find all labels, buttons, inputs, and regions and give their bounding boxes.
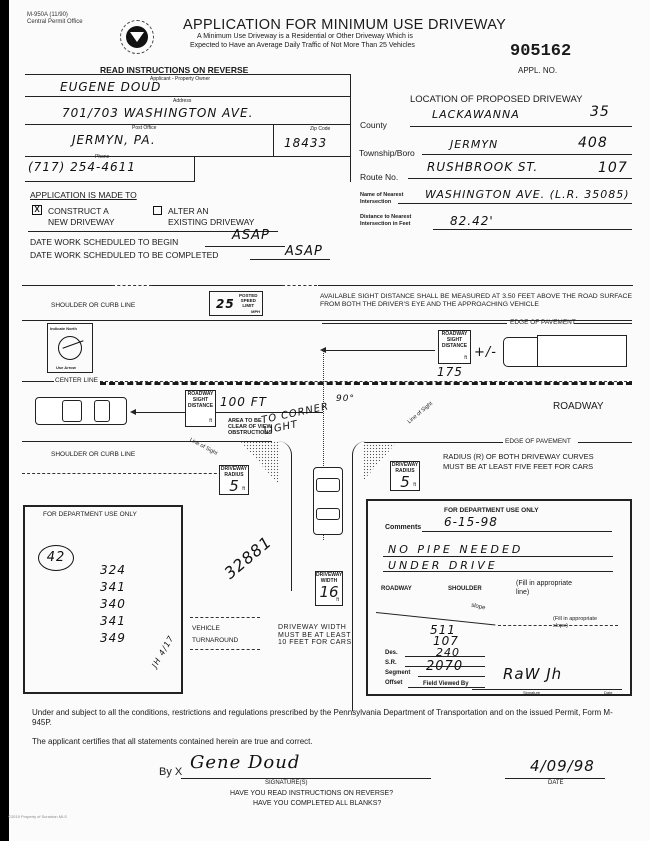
address-label: Address — [173, 98, 191, 104]
scan-edge — [0, 0, 9, 841]
complete-date-label: DATE WORK SCHEDULED TO BE COMPLETED — [30, 250, 218, 260]
sight-distance-plusminus: +/- — [474, 345, 497, 360]
page-title: APPLICATION FOR MINIMUM USE DRIVEWAY — [183, 17, 506, 33]
subtitle-line2: Expected to Have an Average Daily Traffi… — [190, 42, 415, 49]
address-value[interactable]: 701/703 WASHINGTON AVE. — [62, 106, 253, 120]
edge-pavement-top-label: EDGE OF PAVEMENT — [510, 319, 576, 326]
comments-label: Comments — [385, 524, 421, 531]
speed-limit-sign: 25 POSTEDSPEEDLIMIT MPH — [209, 291, 263, 316]
alter-existing-label: ALTER ANEXISTING DRIVEWAY — [168, 206, 254, 228]
field-signature: RaW Jh — [503, 665, 562, 683]
route-codes-labels: Des. S.R. Segment Offset — [385, 648, 410, 688]
segment-value[interactable]: 240 — [436, 646, 460, 659]
circled-number: 42 — [38, 545, 74, 571]
conditions-text: Under and subject to all the conditions,… — [32, 708, 622, 728]
driveway-radius-sign-right: DRIVEWAY RADIUS 5 ft — [390, 461, 420, 491]
complete-date-value[interactable]: ASAP — [285, 244, 323, 259]
signature-label: SIGNATURE(S) — [265, 780, 308, 786]
dept-left-heading: FOR DEPARTMENT USE ONLY — [43, 511, 137, 518]
application-number: 905162 — [510, 42, 571, 61]
by-x-label: By X — [159, 766, 182, 778]
question-instructions: HAVE YOU READ INSTRUCTIONS ON REVERSE? — [230, 790, 393, 797]
intersection-value[interactable]: WASHINGTON AVE. (L.R. 35085) — [425, 188, 630, 201]
speed-value: 25 — [216, 297, 235, 311]
field-viewed-label: Field Viewed By — [423, 681, 469, 687]
alter-existing-checkbox[interactable] — [153, 206, 162, 215]
fill-slope-hint: (Fill in appropriateslope) — [553, 616, 597, 630]
route-value[interactable]: RUSHBROOK ST. — [427, 160, 538, 174]
dept-use-left-box: FOR DEPARTMENT USE ONLY 42 324 341 340 3… — [23, 505, 183, 694]
date-label: DATE — [548, 780, 564, 786]
subtitle-line1: A Minimum Use Driveway is a Residential … — [197, 33, 413, 40]
dept-right-heading: FOR DEPARTMENT USE ONLY — [444, 507, 539, 514]
distance-label: Distance to NearestIntersection in Feet — [360, 214, 411, 228]
dept-use-right-box: FOR DEPARTMENT USE ONLY Comments 6-15-98… — [366, 499, 632, 696]
roadway-col-label: ROADWAY — [381, 586, 412, 592]
shoulder-col-label: SHOULDER — [448, 586, 482, 592]
post-office-label: Post Office — [132, 125, 156, 131]
roadway-sight-distance-sign-left: ROADWAY SIGHT DISTANCE ft — [185, 390, 216, 427]
form-number: M-950A (11/90) — [27, 12, 83, 19]
sight-distance-left-value[interactable]: 100 FT — [220, 395, 267, 409]
township-code[interactable]: 408 — [578, 135, 608, 151]
roadway-sight-distance-sign-right: ROADWAY SIGHT DISTANCE ft — [438, 330, 471, 364]
begin-date-label: DATE WORK SCHEDULED TO BEGIN — [30, 237, 178, 247]
construct-new-checkbox[interactable]: X — [32, 205, 42, 215]
route-label: Route No. — [360, 172, 398, 182]
shoulder-top-label: SHOULDER OR CURB LINE — [51, 302, 135, 309]
truck-icon — [503, 337, 539, 367]
comment-line1[interactable]: NO PIPE NEEDED — [388, 543, 523, 556]
fill-line-hint: (Fill in appropriateline) — [516, 579, 572, 597]
clear-area-label: AREA TO BE CLEAR OF VIEW OBSTRUCTIONS — [228, 418, 278, 436]
line-of-sight-right: Line of Sight — [407, 401, 434, 425]
roadway-label: ROADWAY — [553, 401, 604, 412]
applicant-signature[interactable]: Gene Doud — [190, 752, 300, 773]
number-list: 324 341 340 341 349 — [100, 562, 126, 647]
comments-date[interactable]: 6-15-98 — [444, 515, 498, 529]
construct-new-label: CONSTRUCT ANEW DRIVEWAY — [48, 206, 115, 228]
begin-date-value[interactable]: ASAP — [232, 228, 270, 243]
sight-distance-right-value[interactable]: 175 — [437, 365, 463, 379]
intersection-label: Name of NearestIntersection — [360, 192, 403, 206]
angle-90-label: 90° — [336, 394, 355, 404]
application-number-label: APPL. NO. — [518, 66, 557, 75]
handwritten-number: 32881 — [220, 532, 275, 582]
question-blanks: HAVE YOU COMPLETED ALL BLANKS? — [253, 800, 381, 807]
driveway-width-note: DRIVEWAY WIDTHMUST BE AT LEAST10 FEET FO… — [278, 624, 354, 647]
car-left-icon — [35, 397, 127, 425]
county-value[interactable]: LACKAWANNA — [432, 108, 520, 121]
signature-small-label: Signature — [523, 690, 540, 695]
certify-text: The applicant certifies that all stateme… — [32, 737, 313, 746]
zip-label: Zip Code — [310, 126, 330, 132]
car-driveway-icon — [313, 467, 343, 535]
sight-distance-note: AVAILABLE SIGHT DISTANCE SHALL BE MEASUR… — [320, 293, 632, 308]
form-info: M-950A (11/90) Central Permit Office — [27, 12, 83, 26]
slope-label: slope — [471, 603, 486, 612]
township-value[interactable]: JERMYN — [450, 138, 498, 151]
post-office-value[interactable]: JERMYN, PA. — [72, 133, 156, 147]
zip-value[interactable]: 18433 — [284, 136, 327, 150]
driveway-radius-sign-left: DRIVEWAY RADIUS 5 ft — [219, 465, 249, 495]
initials: JH 4/17 — [150, 634, 176, 670]
office-name: Central Permit Office — [27, 19, 83, 26]
north-indicator[interactable]: Indicate North Use Arrow — [47, 323, 93, 373]
penndot-keystone-logo — [120, 20, 154, 54]
route-code[interactable]: 107 — [598, 160, 628, 176]
signature-date-value[interactable]: 4/09/98 — [530, 757, 595, 775]
radius-note: RADIUS (R) OF BOTH DRIVEWAY CURVESMUST B… — [443, 452, 594, 472]
application-heading: APPLICATION IS MADE TO — [30, 190, 137, 200]
driveway-width-sign: DRIVEWAY WIDTH 16 ft — [315, 571, 343, 606]
watermark: ©2019 Property of Scranton MLS — [8, 814, 67, 819]
vehicle-turnaround-label: VEHICLETURNAROUND — [192, 623, 238, 647]
date-small-label: Date — [604, 690, 612, 695]
distance-value[interactable]: 82.42' — [450, 214, 494, 228]
location-heading: LOCATION OF PROPOSED DRIVEWAY — [410, 94, 582, 105]
owner-value[interactable]: EUGENE DOUD — [60, 80, 161, 94]
township-label: Township/Boro — [359, 148, 415, 158]
shoulder-bottom-label: SHOULDER OR CURB LINE — [51, 451, 135, 458]
county-code[interactable]: 35 — [590, 104, 610, 120]
center-line-label: CENTER LINE — [55, 377, 98, 384]
edge-pavement-bottom-label: EDGE OF PAVEMENT — [505, 438, 571, 445]
county-label: County — [360, 120, 387, 130]
